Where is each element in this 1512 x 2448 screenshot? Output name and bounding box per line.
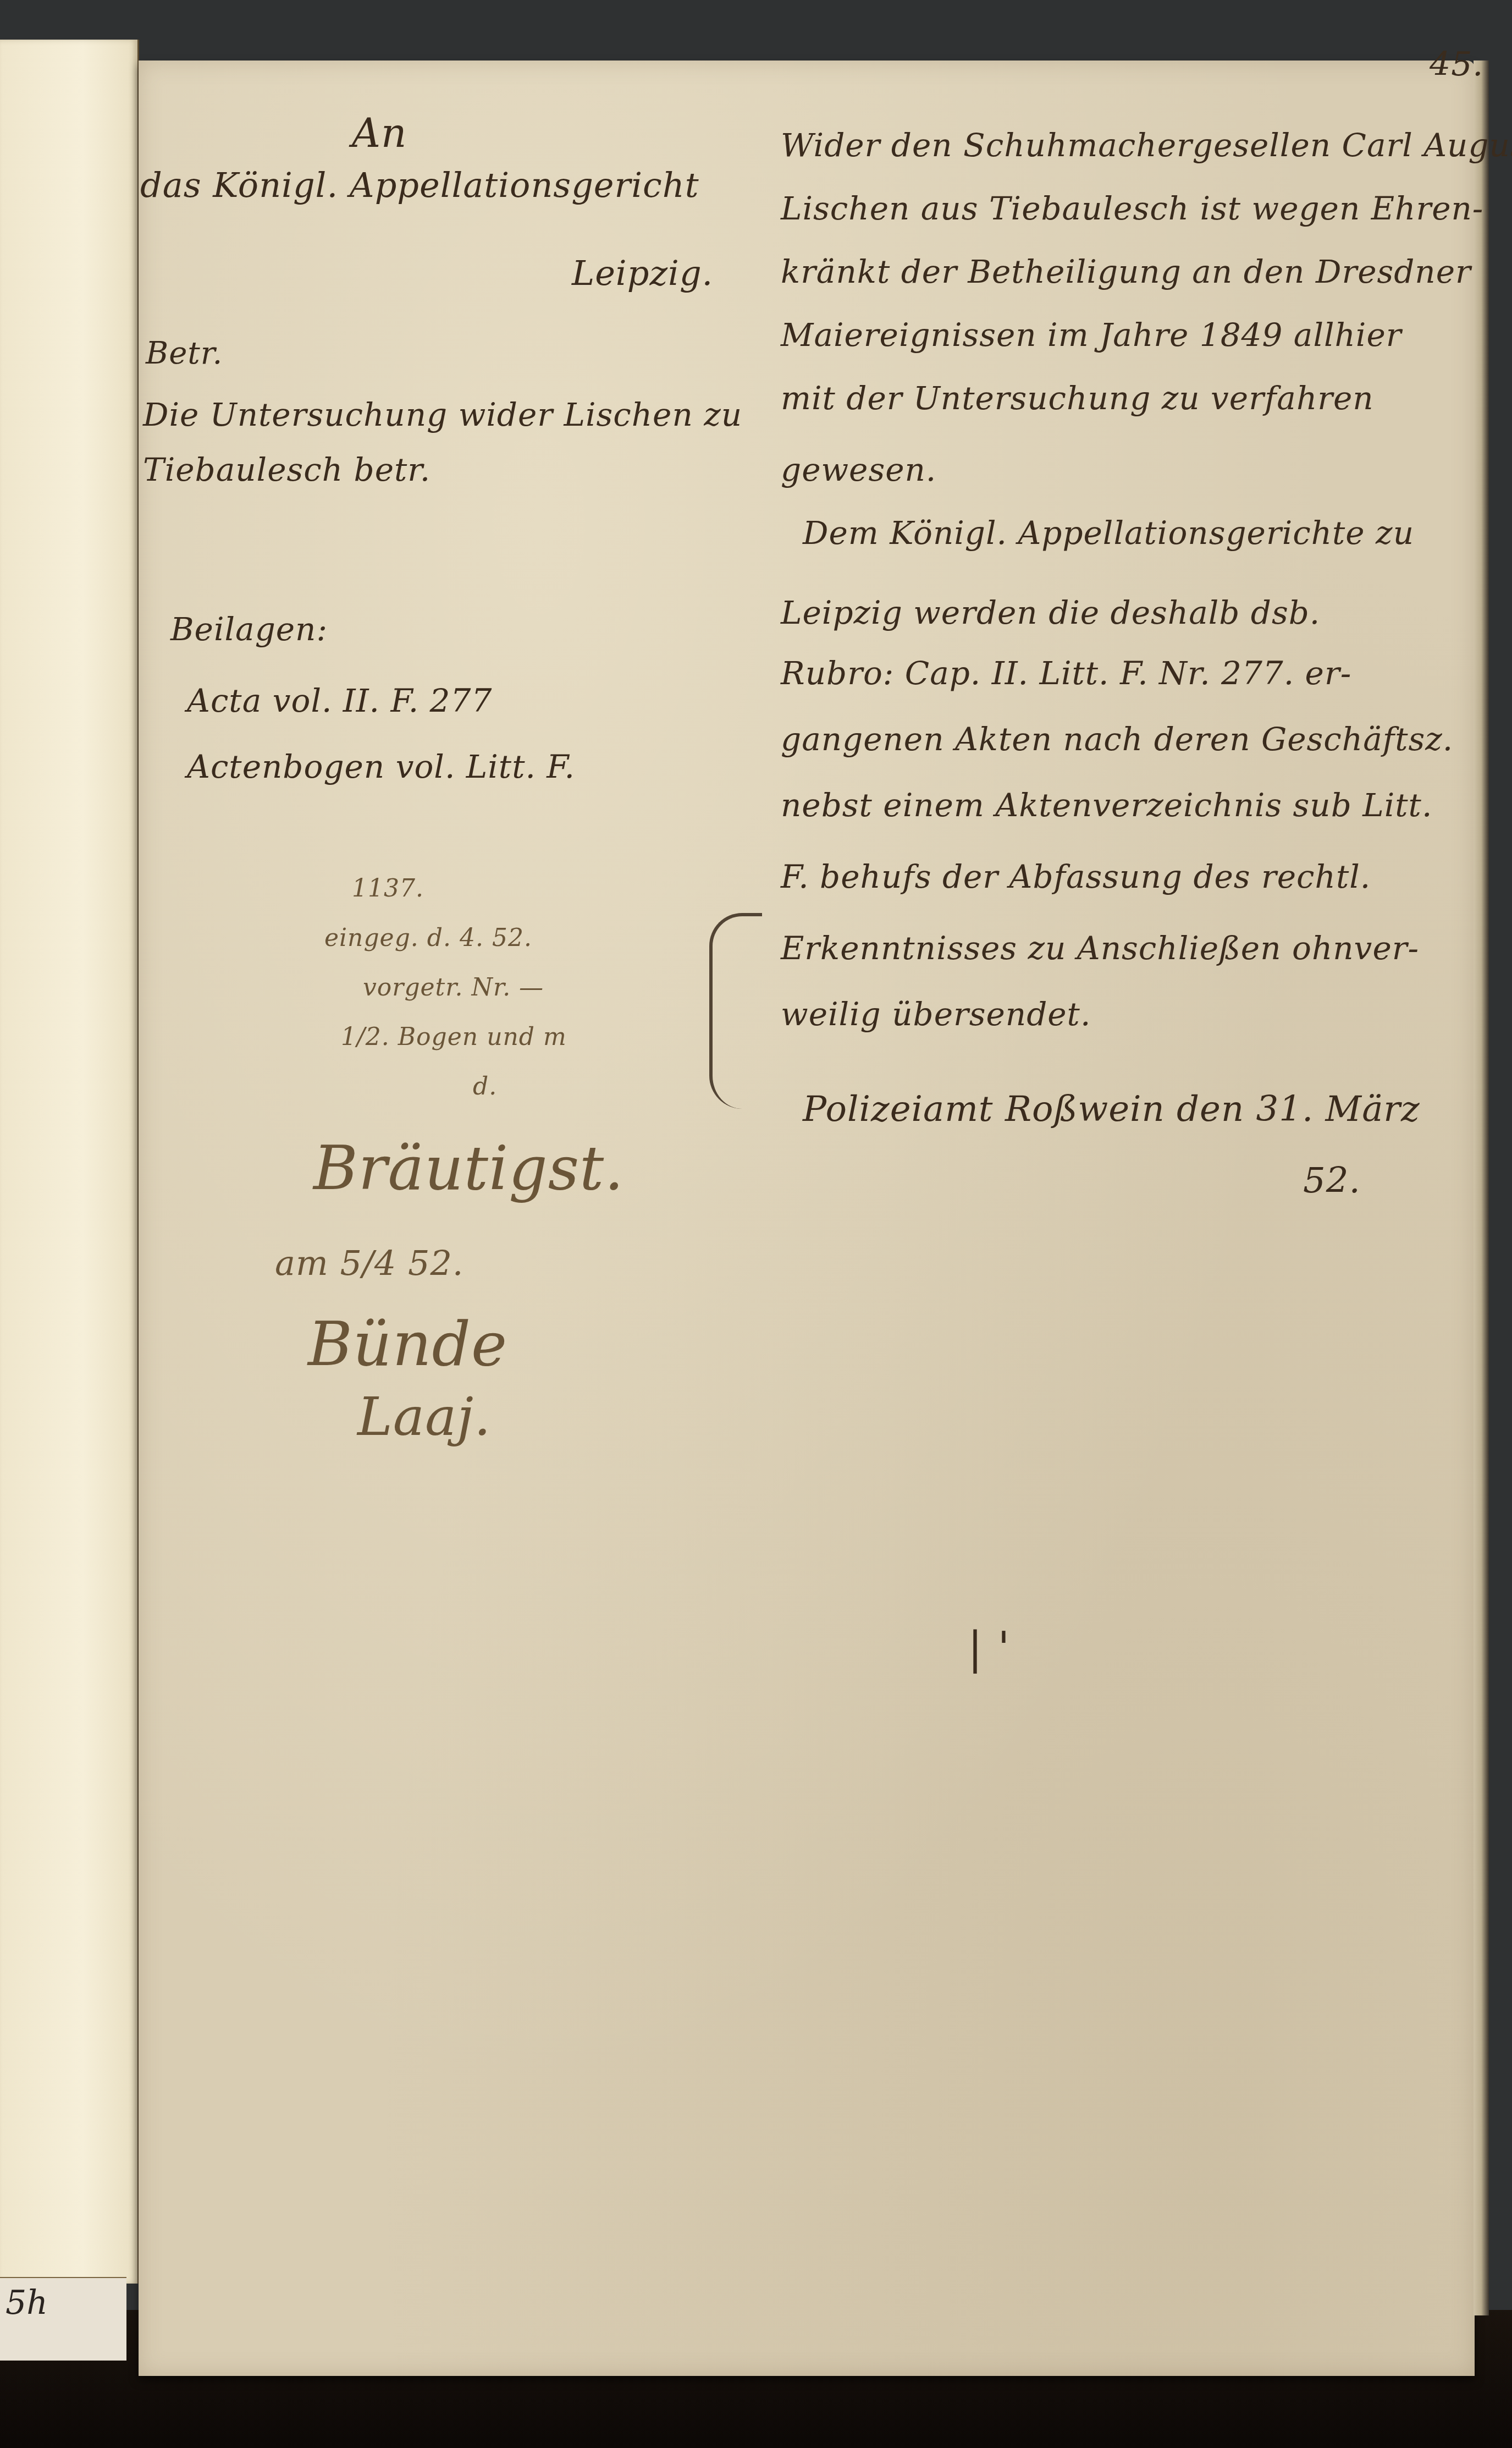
enclosures-label: Beilagen: — [170, 610, 328, 648]
body-line: Wider den Schuhmachergesellen Carl Augus… — [781, 126, 1512, 164]
body-line: Maiereignissen im Jahre 1849 allhier — [781, 316, 1401, 354]
body-line: nebst einem Aktenverzeichnis sub Litt. — [781, 786, 1432, 824]
body-line: Dem Königl. Appellationsgerichte zu — [803, 514, 1414, 552]
body-line: Lischen aus Tiebaulesch ist wegen Ehren- — [781, 190, 1483, 227]
enclosure-item: Acta vol. II. F. 277 — [187, 682, 492, 719]
page-stack-edge — [1474, 60, 1489, 2315]
underlying-leaf-tab: 5h — [0, 2277, 126, 2361]
signature-third: Laaj. — [357, 1386, 492, 1448]
address-salutation: An — [352, 110, 407, 156]
signature-second: Bünde — [308, 1309, 507, 1379]
closing-place-date: Polizeiamt Roßwein den 31. März — [803, 1089, 1420, 1130]
registry-note-line: vorgetr. Nr. — — [363, 973, 544, 1002]
body-line: weilig übersendet. — [781, 995, 1091, 1033]
address-recipient: das Königl. Appellationsgericht — [140, 165, 699, 205]
leaf-tab-marking: 5h — [5, 2284, 48, 2322]
subject-line-1: Die Untersuchung wider Lischen zu — [143, 396, 742, 433]
registry-note-line: d. — [473, 1072, 497, 1101]
body-line: Erkenntnisses zu Anschließen ohnver- — [781, 929, 1419, 967]
registry-note-line: 1137. — [352, 874, 424, 903]
subject-line-2: Tiebaulesch betr. — [143, 451, 431, 488]
facing-leaf — [0, 40, 139, 2284]
body-line: mit der Untersuchung zu verfahren — [781, 379, 1374, 417]
body-line: F. behufs der Abfassung des rechtl. — [781, 858, 1371, 895]
body-line: gangenen Akten nach deren Geschäftsz. — [781, 720, 1453, 758]
address-city: Leipzig. — [572, 253, 713, 293]
signature-first: Bräutigst. — [313, 1133, 624, 1203]
body-line: gewesen. — [781, 451, 936, 488]
closing-year: 52. — [1303, 1160, 1361, 1201]
folio-number: 45. — [1430, 45, 1483, 84]
subject-label: Betr. — [146, 335, 223, 371]
signature-date: am 5/4 52. — [275, 1243, 464, 1283]
margin-bracket-mark — [709, 913, 762, 1109]
body-line: Leipzig werden die deshalb dsb. — [781, 594, 1320, 631]
registry-note-line: eingeg. d. 4. 52. — [324, 924, 532, 952]
body-line: kränkt der Betheiligung an den Dresdner — [781, 253, 1471, 290]
registry-note-line: 1/2. Bogen und m — [341, 1023, 567, 1051]
stray-ink-marks: | ' — [968, 1622, 1010, 1674]
body-line: Rubro: Cap. II. Litt. F. Nr. 277. er- — [781, 654, 1351, 692]
enclosure-item: Actenbogen vol. Litt. F. — [187, 748, 575, 785]
